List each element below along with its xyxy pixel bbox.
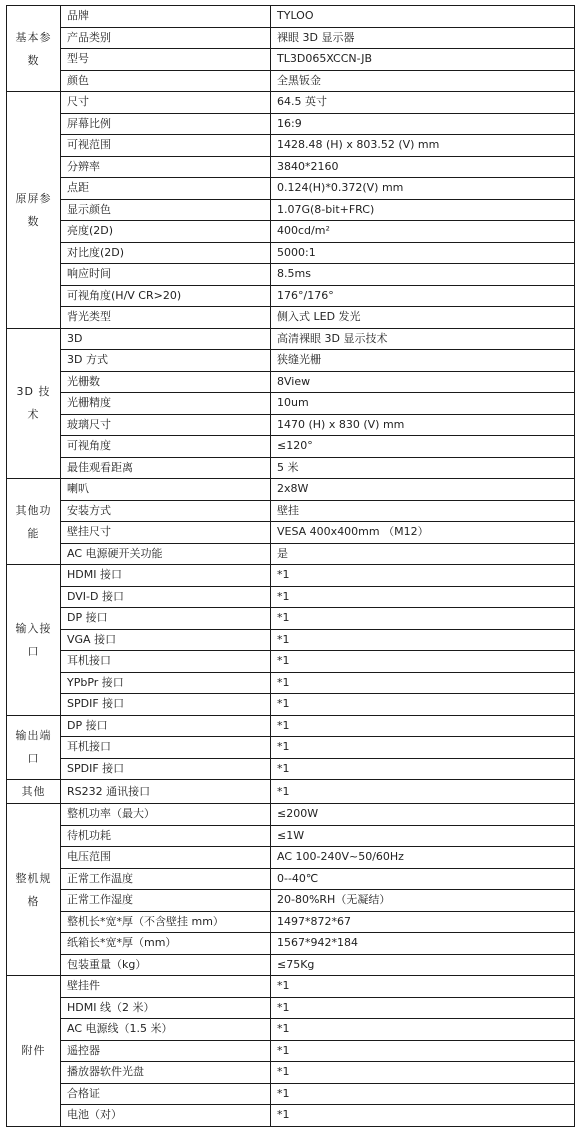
spec-value: 3840*2160 [271,156,575,178]
spec-value: *1 [271,1040,575,1062]
table-row: 整机长*宽*厚（不含壁挂 mm）1497*872*67 [7,911,575,933]
spec-value: 176°/176° [271,285,575,307]
spec-key: 玻璃尺寸 [61,414,271,436]
spec-key: 播放器软件光盘 [61,1062,271,1084]
spec-value: TL3D065XCCN-JB [271,49,575,71]
spec-key: DP 接口 [61,715,271,737]
spec-value: 2x8W [271,479,575,501]
table-row: 点距0.124(H)*0.372(V) mm [7,178,575,200]
spec-value: 1470 (H) x 830 (V) mm [271,414,575,436]
table-row: 产品类别裸眼 3D 显示器 [7,27,575,49]
spec-value: *1 [271,780,575,804]
table-row: 播放器软件光盘*1 [7,1062,575,1084]
table-row: 背光类型侧入式 LED 发光 [7,307,575,329]
table-row: 颜色全黑钣金 [7,70,575,92]
table-row: 可视角度(H/V CR>20)176°/176° [7,285,575,307]
spec-key: 包装重量（kg） [61,954,271,976]
spec-value: 400cd/m² [271,221,575,243]
table-row: 3D 方式狭缝光栅 [7,350,575,372]
table-row: 分辨率3840*2160 [7,156,575,178]
spec-key: 光栅数 [61,371,271,393]
spec-key: 可视角度 [61,436,271,458]
spec-key: 颜色 [61,70,271,92]
table-row: 原屏参数尺寸64.5 英寸 [7,92,575,114]
spec-key: 显示颜色 [61,199,271,221]
spec-value: ≤200W [271,804,575,826]
spec-key: 品牌 [61,6,271,28]
spec-key: 对比度(2D) [61,242,271,264]
table-row: 壁挂尺寸VESA 400x400mm （M12） [7,522,575,544]
spec-value: *1 [271,629,575,651]
spec-value: 1.07G(8-bit+FRC) [271,199,575,221]
table-row: 型号TL3D065XCCN-JB [7,49,575,71]
spec-key: 3D 方式 [61,350,271,372]
table-row: 玻璃尺寸1470 (H) x 830 (V) mm [7,414,575,436]
group-label: 基本参数 [7,6,61,92]
table-row: 电池（对）*1 [7,1105,575,1127]
table-row: DP 接口*1 [7,608,575,630]
table-row: 耳机接口*1 [7,651,575,673]
table-row: 光栅数8View [7,371,575,393]
spec-value: *1 [271,1019,575,1041]
spec-value: *1 [271,672,575,694]
spec-key: 3D [61,328,271,350]
spec-table: 基本参数品牌TYLOO产品类别裸眼 3D 显示器型号TL3D065XCCN-JB… [6,5,575,1127]
spec-value: 16:9 [271,113,575,135]
spec-key: 产品类别 [61,27,271,49]
spec-key: DP 接口 [61,608,271,630]
table-row: 输出端口DP 接口*1 [7,715,575,737]
table-row: 输入接口HDMI 接口*1 [7,565,575,587]
spec-key: 合格证 [61,1083,271,1105]
spec-key: SPDIF 接口 [61,694,271,716]
spec-value: 侧入式 LED 发光 [271,307,575,329]
table-row: 响应时间8.5ms [7,264,575,286]
table-row: 纸箱长*宽*厚（mm）1567*942*184 [7,933,575,955]
spec-key: 分辨率 [61,156,271,178]
spec-key: 电池（对） [61,1105,271,1127]
table-row: SPDIF 接口*1 [7,694,575,716]
group-label: 输入接口 [7,565,61,716]
table-row: 整机规格整机功率（最大）≤200W [7,804,575,826]
table-row: 其他RS232 通讯接口*1 [7,780,575,804]
table-row: 可视范围1428.48 (H) x 803.52 (V) mm [7,135,575,157]
table-row: 正常工作湿度20-80%RH（无凝结） [7,890,575,912]
table-row: 其他功能喇叭2x8W [7,479,575,501]
spec-value: 5000:1 [271,242,575,264]
spec-key: SPDIF 接口 [61,758,271,780]
table-row: 合格证*1 [7,1083,575,1105]
spec-value: 0.124(H)*0.372(V) mm [271,178,575,200]
spec-value: 5 米 [271,457,575,479]
spec-value: ≤120° [271,436,575,458]
spec-value: 0--40℃ [271,868,575,890]
spec-key: VGA 接口 [61,629,271,651]
spec-value: 8.5ms [271,264,575,286]
spec-key: 最佳观看距离 [61,457,271,479]
spec-key: 壁挂尺寸 [61,522,271,544]
spec-key: 整机长*宽*厚（不含壁挂 mm） [61,911,271,933]
spec-value: 64.5 英寸 [271,92,575,114]
spec-key: 亮度(2D) [61,221,271,243]
table-row: 光栅精度10um [7,393,575,415]
spec-value: TYLOO [271,6,575,28]
table-row: 屏幕比例16:9 [7,113,575,135]
spec-key: 耳机接口 [61,651,271,673]
table-row: 电压范围AC 100-240V~50/60Hz [7,847,575,869]
spec-value: 1428.48 (H) x 803.52 (V) mm [271,135,575,157]
spec-value: *1 [271,1062,575,1084]
spec-key: AC 电源线（1.5 米） [61,1019,271,1041]
spec-value: 狭缝光栅 [271,350,575,372]
spec-value: 10um [271,393,575,415]
group-label: 其他功能 [7,479,61,565]
spec-value: *1 [271,758,575,780]
spec-key: 背光类型 [61,307,271,329]
group-label: 其他 [7,780,61,804]
spec-key: 屏幕比例 [61,113,271,135]
spec-value: AC 100-240V~50/60Hz [271,847,575,869]
spec-key: 遥控器 [61,1040,271,1062]
spec-value: 壁挂 [271,500,575,522]
spec-value: *1 [271,608,575,630]
spec-key: 喇叭 [61,479,271,501]
spec-value: 裸眼 3D 显示器 [271,27,575,49]
spec-value: 1567*942*184 [271,933,575,955]
spec-value: *1 [271,651,575,673]
table-row: 包装重量（kg）≤75Kg [7,954,575,976]
spec-value: *1 [271,976,575,998]
spec-key: 电压范围 [61,847,271,869]
spec-key: 整机功率（最大） [61,804,271,826]
table-row: HDMI 线（2 米）*1 [7,997,575,1019]
spec-key: HDMI 接口 [61,565,271,587]
spec-key: YPbPr 接口 [61,672,271,694]
table-row: 耳机接口*1 [7,737,575,759]
spec-key: 正常工作温度 [61,868,271,890]
spec-key: 可视角度(H/V CR>20) [61,285,271,307]
spec-value: VESA 400x400mm （M12） [271,522,575,544]
table-row: VGA 接口*1 [7,629,575,651]
spec-value: 1497*872*67 [271,911,575,933]
table-row: AC 电源硬开关功能是 [7,543,575,565]
spec-value: ≤1W [271,825,575,847]
spec-value: *1 [271,715,575,737]
spec-value: *1 [271,737,575,759]
table-row: 3D 技术3D高清裸眼 3D 显示技术 [7,328,575,350]
table-row: 遥控器*1 [7,1040,575,1062]
table-row: SPDIF 接口*1 [7,758,575,780]
spec-value: *1 [271,565,575,587]
spec-key: RS232 通讯接口 [61,780,271,804]
table-row: 亮度(2D)400cd/m² [7,221,575,243]
group-label: 附件 [7,976,61,1127]
spec-key: 光栅精度 [61,393,271,415]
table-row: 待机功耗≤1W [7,825,575,847]
spec-value: *1 [271,997,575,1019]
spec-key: AC 电源硬开关功能 [61,543,271,565]
spec-value: *1 [271,1083,575,1105]
spec-value: 全黑钣金 [271,70,575,92]
table-row: 可视角度≤120° [7,436,575,458]
spec-key: 响应时间 [61,264,271,286]
table-row: 正常工作温度0--40℃ [7,868,575,890]
spec-key: HDMI 线（2 米） [61,997,271,1019]
table-row: YPbPr 接口*1 [7,672,575,694]
spec-value: *1 [271,694,575,716]
group-label: 输出端口 [7,715,61,780]
table-row: AC 电源线（1.5 米）*1 [7,1019,575,1041]
spec-value: 高清裸眼 3D 显示技术 [271,328,575,350]
spec-key: 尺寸 [61,92,271,114]
spec-value: 8View [271,371,575,393]
spec-key: 壁挂件 [61,976,271,998]
group-label: 3D 技术 [7,328,61,479]
table-row: 安装方式壁挂 [7,500,575,522]
table-row: 对比度(2D)5000:1 [7,242,575,264]
group-label: 原屏参数 [7,92,61,329]
spec-value: *1 [271,1105,575,1127]
table-row: DVI-D 接口*1 [7,586,575,608]
spec-value: *1 [271,586,575,608]
spec-key: 待机功耗 [61,825,271,847]
table-row: 最佳观看距离5 米 [7,457,575,479]
spec-key: 正常工作湿度 [61,890,271,912]
spec-key: 型号 [61,49,271,71]
table-row: 显示颜色1.07G(8-bit+FRC) [7,199,575,221]
group-label: 整机规格 [7,804,61,976]
spec-key: DVI-D 接口 [61,586,271,608]
spec-value: 是 [271,543,575,565]
spec-key: 点距 [61,178,271,200]
table-row: 附件壁挂件*1 [7,976,575,998]
spec-value: ≤75Kg [271,954,575,976]
spec-key: 可视范围 [61,135,271,157]
spec-key: 纸箱长*宽*厚（mm） [61,933,271,955]
table-row: 基本参数品牌TYLOO [7,6,575,28]
spec-table-body: 基本参数品牌TYLOO产品类别裸眼 3D 显示器型号TL3D065XCCN-JB… [7,6,575,1127]
spec-key: 安装方式 [61,500,271,522]
spec-value: 20-80%RH（无凝结） [271,890,575,912]
spec-key: 耳机接口 [61,737,271,759]
